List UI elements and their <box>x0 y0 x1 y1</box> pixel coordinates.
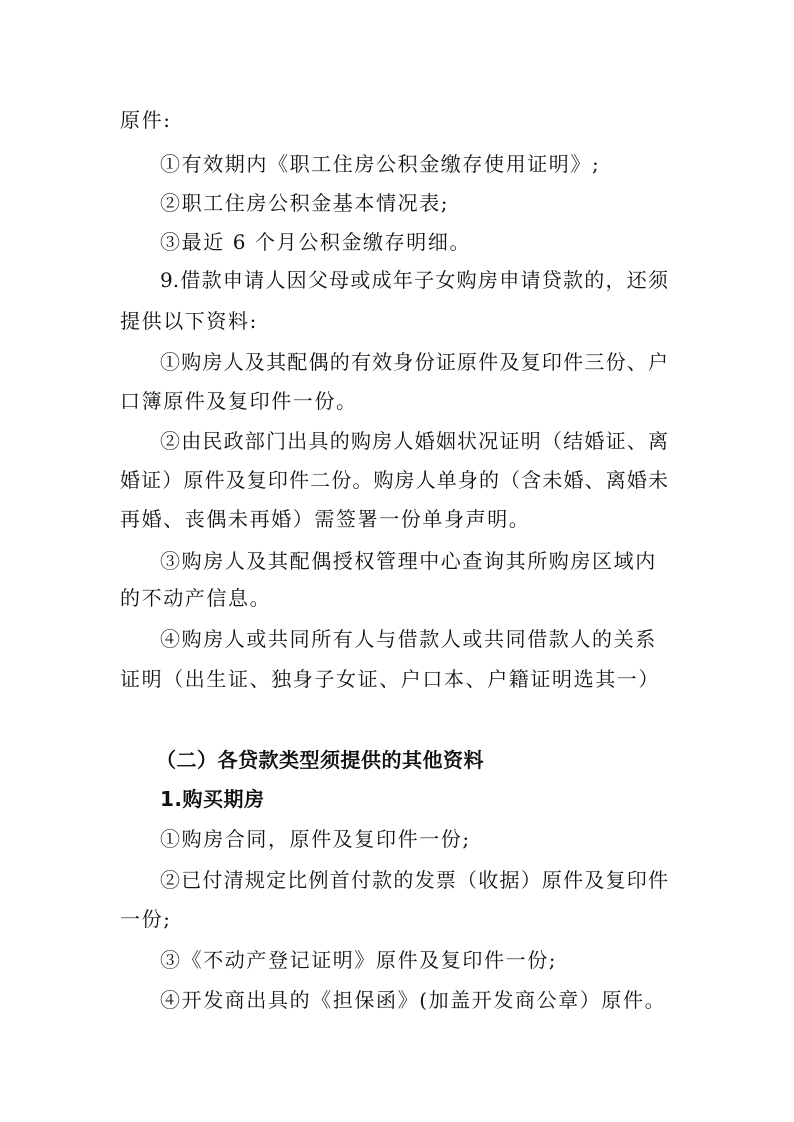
list-item-certificate: ①有效期内《职工住房公积金缴存使用证明》; <box>160 152 600 176</box>
list-item-guarantee-letter: ④开发商出具的《担保函》(加盖开发商公章）原件。 <box>160 988 666 1012</box>
list-item-id-card-line-1: ①购房人及其配偶的有效身份证原件及复印件三份、户 <box>160 350 668 374</box>
list-item-marriage-line-1: ②由民政部门出具的购房人婚姻状况证明（结婚证、离 <box>160 429 668 453</box>
list-item-id-card-line-2: 口簿原件及复印件一份。 <box>120 389 358 413</box>
list-item-registration-certificate: ③《不动产登记证明》原件及复印件一份; <box>160 948 557 972</box>
list-item-property-query-line-2: 的不动产信息。 <box>120 586 271 610</box>
section-heading: （二）各贷款类型须提供的其他资料 <box>156 748 484 772</box>
list-item-relationship-line-2: 证明（出生证、独身子女证、户口本、户籍证明选其一） <box>120 667 660 691</box>
list-item-marriage-line-3: 再婚、丧偶未再婚）需签署一份单身声明。 <box>120 507 530 531</box>
paragraph-item-9-line-1: 9.借款申请人因父母或成年子女购房申请贷款的，还须 <box>160 268 668 292</box>
list-item-down-payment-line-2: 一份; <box>120 907 172 931</box>
list-item-basic-info-table: ②职工住房公积金基本情况表; <box>160 191 449 215</box>
list-item-relationship-line-1: ④购房人或共同所有人与借款人或共同借款人的关系 <box>160 627 657 651</box>
list-item-property-query-line-1: ③购房人及其配偶授权管理中心查询其所购房区域内 <box>160 549 657 573</box>
paragraph-item-9-line-2: 提供以下资料: <box>120 309 258 333</box>
list-item-marriage-line-2: 婚证）原件及复印件二份。购房人单身的（含未婚、离婚未 <box>120 468 668 492</box>
document-page: 原件: ①有效期内《职工住房公积金缴存使用证明》; ②职工住房公积金基本情况表;… <box>0 0 794 1122</box>
list-item-purchase-contract: ①购房合同，原件及复印件一份; <box>160 827 471 851</box>
list-item-deposit-details: ③最近 6 个月公积金缴存明细。 <box>160 230 471 254</box>
list-item-down-payment-line-1: ②已付清规定比例首付款的发票（收据）原件及复印件 <box>160 868 668 892</box>
subsection-heading: 1.购买期房 <box>160 787 265 811</box>
text-line-original-docs-label: 原件: <box>120 108 172 132</box>
